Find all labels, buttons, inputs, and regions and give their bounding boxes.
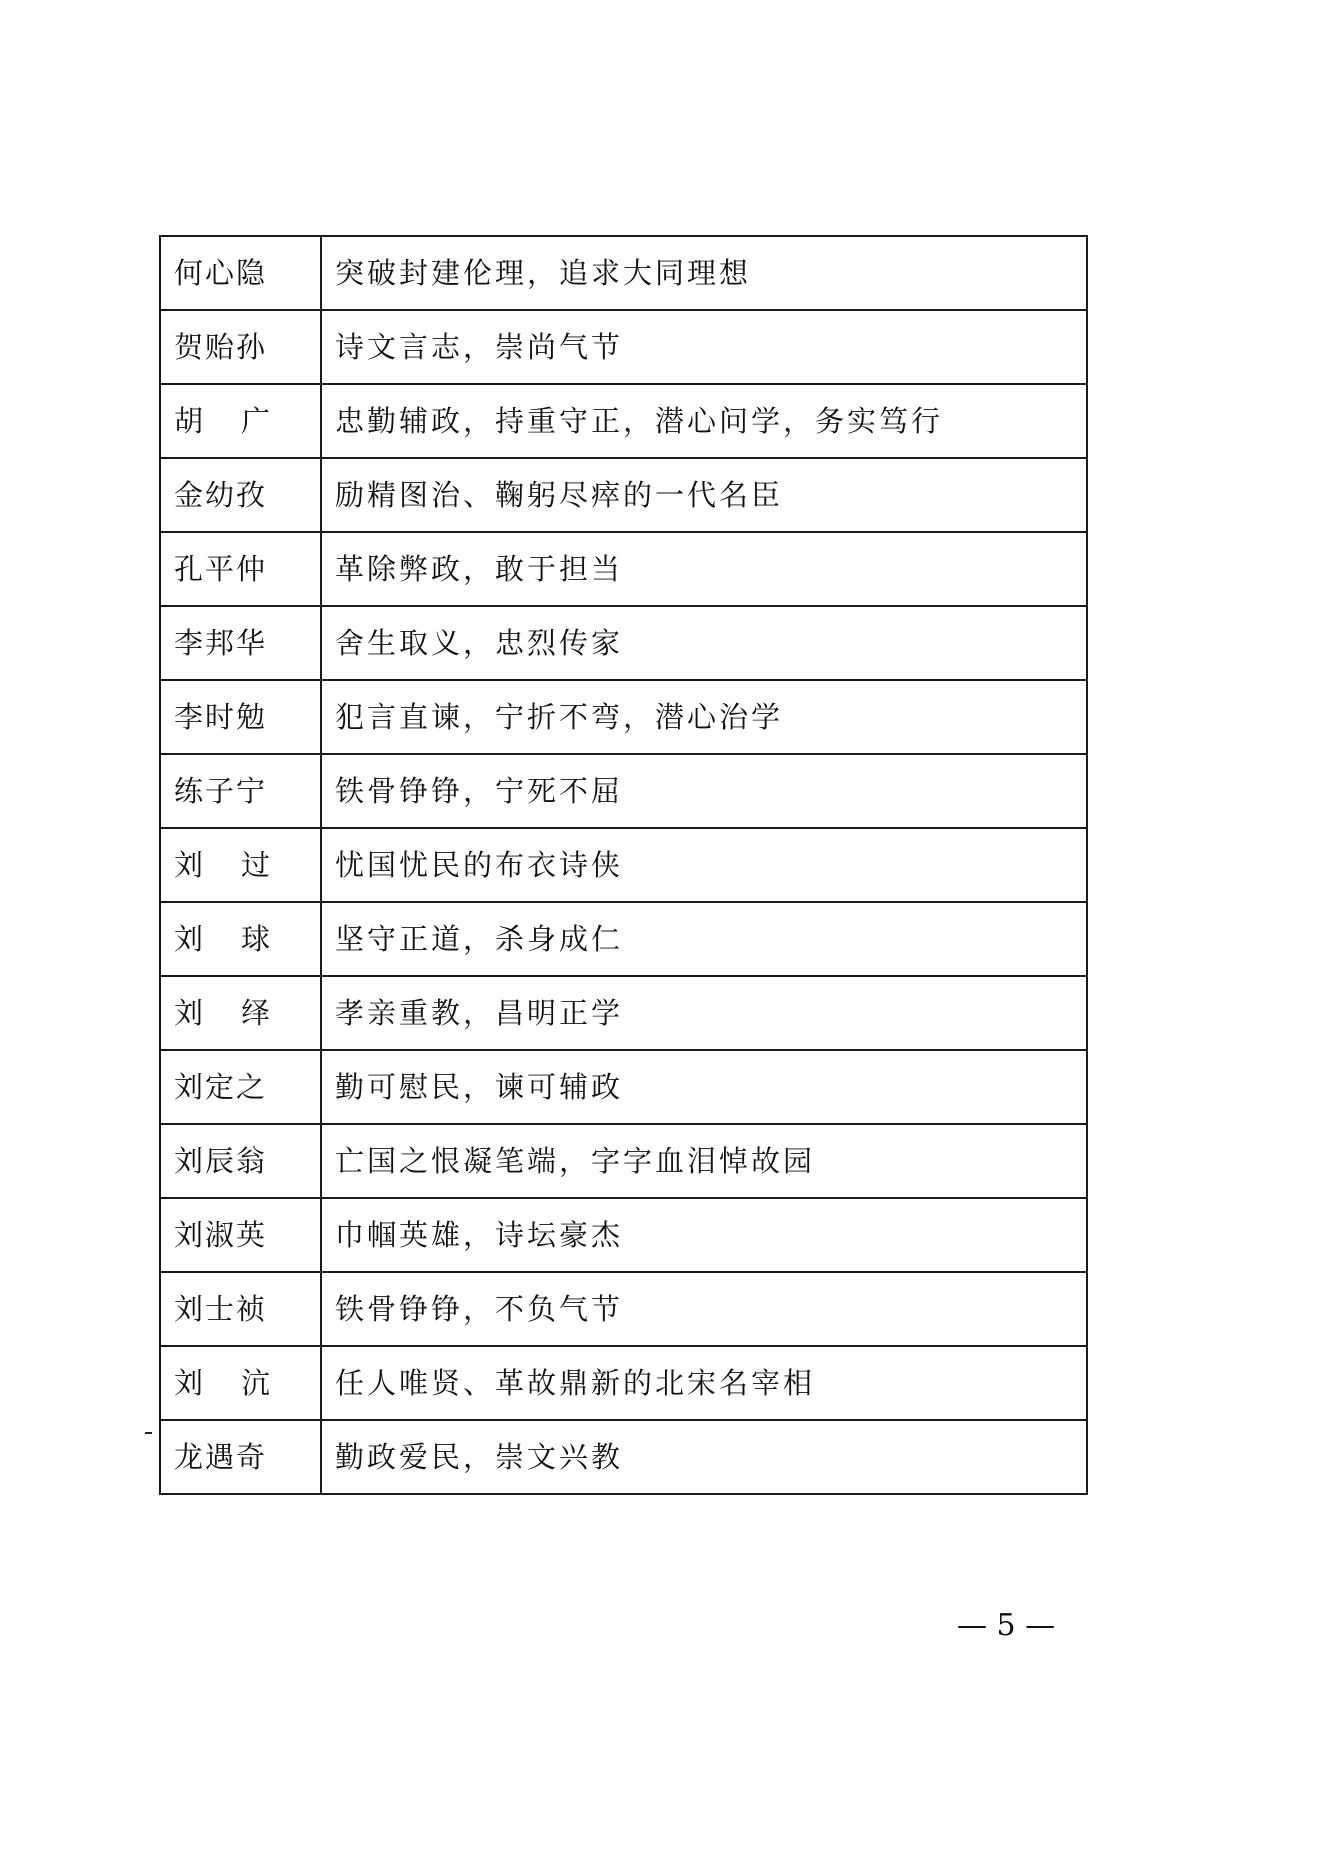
name-cell: 刘绎 — [160, 976, 321, 1050]
table-row: 刘辰翁亡国之恨凝笔端，字字血泪悼故园 — [160, 1124, 1087, 1198]
description-cell: 忠勤辅政，持重守正，潜心问学，务实笃行 — [321, 384, 1087, 458]
table-row: 刘淑英巾帼英雄，诗坛豪杰 — [160, 1198, 1087, 1272]
person-name: 刘淑英 — [174, 1221, 267, 1250]
description-cell: 突破封建伦理，追求大同理想 — [321, 236, 1087, 310]
person-description: 忧国忧民的布衣诗侠 — [335, 848, 623, 882]
person-description: 勤可慰民，谏可辅政 — [335, 1070, 623, 1104]
person-name: 刘沆 — [174, 1369, 308, 1398]
description-cell: 铁骨铮铮，宁死不屈 — [321, 754, 1087, 828]
description-cell: 忧国忧民的布衣诗侠 — [321, 828, 1087, 902]
name-cell: 李邦华 — [160, 606, 321, 680]
person-name: 龙遇奇 — [174, 1443, 267, 1472]
name-cell: 贺贻孙 — [160, 310, 321, 384]
person-description: 犯言直谏，宁折不弯，潜心治学 — [335, 700, 783, 734]
person-description: 忠勤辅政，持重守正，潜心问学，务实笃行 — [335, 404, 943, 438]
person-name: 刘士祯 — [174, 1295, 267, 1324]
person-name: 金幼孜 — [174, 481, 267, 510]
table-row: 刘沆任人唯贤、革故鼎新的北宋名宰相 — [160, 1346, 1087, 1420]
description-cell: 革除弊政，敢于担当 — [321, 532, 1087, 606]
person-name: 李邦华 — [174, 629, 267, 658]
person-name: 刘球 — [174, 925, 308, 954]
table-row: 李时勉犯言直谏，宁折不弯，潜心治学 — [160, 680, 1087, 754]
person-name: 刘辰翁 — [174, 1147, 267, 1176]
person-name: 练子宁 — [174, 777, 267, 806]
person-name: 刘绎 — [174, 999, 308, 1028]
person-description: 励精图治、鞠躬尽瘁的一代名臣 — [335, 478, 783, 512]
table-row: 龙遇奇勤政爱民，崇文兴教 — [160, 1420, 1087, 1494]
table-row: 刘绎孝亲重教，昌明正学 — [160, 976, 1087, 1050]
name-cell: 刘辰翁 — [160, 1124, 321, 1198]
scan-artifact-mark — [145, 1432, 152, 1434]
table-row: 李邦华舍生取义，忠烈传家 — [160, 606, 1087, 680]
person-description: 铁骨铮铮，不负气节 — [335, 1292, 623, 1326]
person-description: 铁骨铮铮，宁死不屈 — [335, 774, 623, 808]
table-row: 刘过忧国忧民的布衣诗侠 — [160, 828, 1087, 902]
table-row: 孔平仲革除弊政，敢于担当 — [160, 532, 1087, 606]
description-cell: 亡国之恨凝笔端，字字血泪悼故园 — [321, 1124, 1087, 1198]
name-cell: 何心隐 — [160, 236, 321, 310]
name-cell: 刘定之 — [160, 1050, 321, 1124]
description-cell: 巾帼英雄，诗坛豪杰 — [321, 1198, 1087, 1272]
person-description: 诗文言志，崇尚气节 — [335, 330, 623, 364]
person-name: 孔平仲 — [174, 555, 267, 584]
name-cell: 龙遇奇 — [160, 1420, 321, 1494]
description-cell: 铁骨铮铮，不负气节 — [321, 1272, 1087, 1346]
table-row: 金幼孜励精图治、鞠躬尽瘁的一代名臣 — [160, 458, 1087, 532]
name-cell: 刘球 — [160, 902, 321, 976]
person-description: 突破封建伦理，追求大同理想 — [335, 256, 751, 290]
description-cell: 坚守正道，杀身成仁 — [321, 902, 1087, 976]
name-cell: 刘士祯 — [160, 1272, 321, 1346]
person-name: 李时勉 — [174, 703, 267, 732]
name-cell: 孔平仲 — [160, 532, 321, 606]
name-cell: 胡广 — [160, 384, 321, 458]
description-cell: 孝亲重教，昌明正学 — [321, 976, 1087, 1050]
table-row: 何心隐突破封建伦理，追求大同理想 — [160, 236, 1087, 310]
name-cell: 刘过 — [160, 828, 321, 902]
person-name: 胡广 — [174, 407, 308, 436]
table-body: 何心隐突破封建伦理，追求大同理想 贺贻孙诗文言志，崇尚气节 胡广忠勤辅政，持重守… — [160, 236, 1087, 1494]
name-cell: 刘淑英 — [160, 1198, 321, 1272]
table-row: 练子宁铁骨铮铮，宁死不屈 — [160, 754, 1087, 828]
description-cell: 舍生取义，忠烈传家 — [321, 606, 1087, 680]
description-cell: 勤政爱民，崇文兴教 — [321, 1420, 1087, 1494]
person-description: 任人唯贤、革故鼎新的北宋名宰相 — [335, 1366, 815, 1400]
description-cell: 犯言直谏，宁折不弯，潜心治学 — [321, 680, 1087, 754]
person-description: 亡国之恨凝笔端，字字血泪悼故园 — [335, 1144, 815, 1178]
name-cell: 练子宁 — [160, 754, 321, 828]
description-cell: 勤可慰民，谏可辅政 — [321, 1050, 1087, 1124]
person-description: 舍生取义，忠烈传家 — [335, 626, 623, 660]
description-cell: 诗文言志，崇尚气节 — [321, 310, 1087, 384]
person-name: 何心隐 — [174, 259, 267, 288]
person-name: 刘定之 — [174, 1073, 267, 1102]
name-cell: 李时勉 — [160, 680, 321, 754]
document-page: 何心隐突破封建伦理，追求大同理想 贺贻孙诗文言志，崇尚气节 胡广忠勤辅政，持重守… — [0, 0, 1323, 1871]
page-number: — 5 — — [957, 1608, 1055, 1643]
table-row: 贺贻孙诗文言志，崇尚气节 — [160, 310, 1087, 384]
person-name: 刘过 — [174, 851, 308, 880]
person-description: 巾帼英雄，诗坛豪杰 — [335, 1218, 623, 1252]
person-description: 坚守正道，杀身成仁 — [335, 922, 623, 956]
table-row: 胡广忠勤辅政，持重守正，潜心问学，务实笃行 — [160, 384, 1087, 458]
description-cell: 励精图治、鞠躬尽瘁的一代名臣 — [321, 458, 1087, 532]
person-description: 孝亲重教，昌明正学 — [335, 996, 623, 1030]
person-name: 贺贻孙 — [174, 333, 267, 362]
person-description: 革除弊政，敢于担当 — [335, 552, 623, 586]
figures-table: 何心隐突破封建伦理，追求大同理想 贺贻孙诗文言志，崇尚气节 胡广忠勤辅政，持重守… — [159, 235, 1088, 1495]
table-row: 刘士祯铁骨铮铮，不负气节 — [160, 1272, 1087, 1346]
table-row: 刘球坚守正道，杀身成仁 — [160, 902, 1087, 976]
name-cell: 刘沆 — [160, 1346, 321, 1420]
table-row: 刘定之勤可慰民，谏可辅政 — [160, 1050, 1087, 1124]
description-cell: 任人唯贤、革故鼎新的北宋名宰相 — [321, 1346, 1087, 1420]
name-cell: 金幼孜 — [160, 458, 321, 532]
person-description: 勤政爱民，崇文兴教 — [335, 1440, 623, 1474]
